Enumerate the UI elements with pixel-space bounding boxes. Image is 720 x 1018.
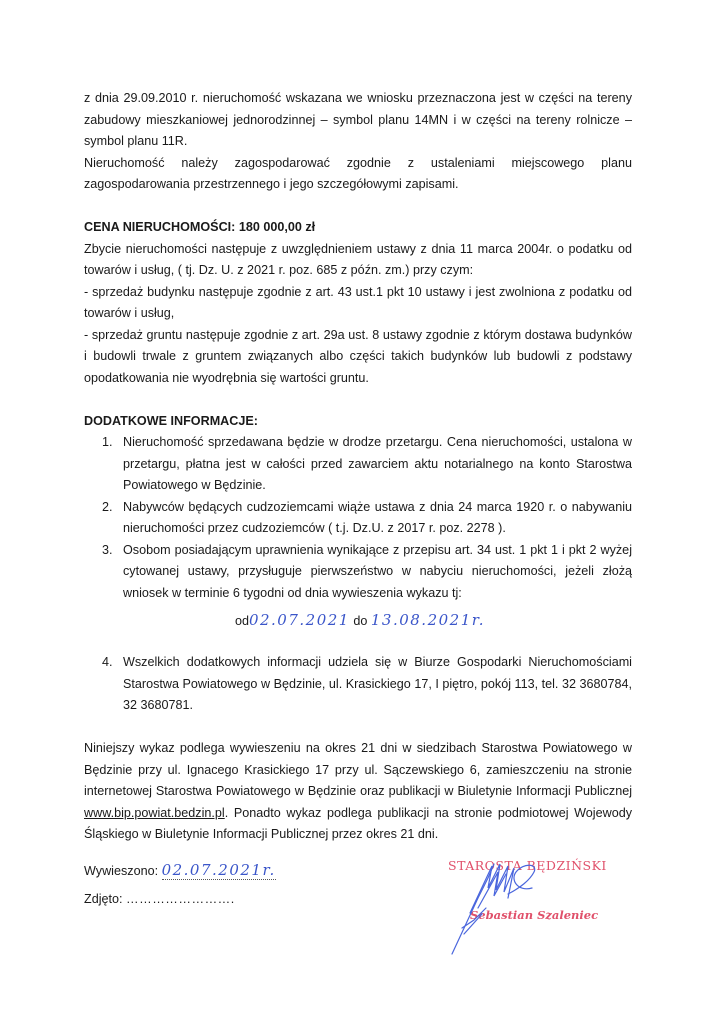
spacer (84, 196, 632, 218)
posted-line: Wywieszono: 02.07.2021r. (84, 861, 276, 879)
price-building-sale: - sprzedaż budynku następuje zgodnie z a… (84, 282, 632, 325)
notice-text: Niniejszy wykaz podlega wywieszeniu na o… (84, 741, 632, 798)
posted-label: Wywieszono: (84, 864, 158, 878)
spacer (84, 717, 632, 739)
price-land-sale: - sprzedaż gruntu następuje zgodnie z ar… (84, 325, 632, 390)
list-item-text: Osobom posiadającym uprawnienia wynikają… (123, 543, 632, 600)
date-to-label: do (353, 614, 367, 628)
list-item-number: 4. (102, 652, 113, 674)
signature-icon (448, 858, 618, 958)
bip-link[interactable]: www.bip.powiat.bedzin.pl (84, 806, 225, 820)
price-tax-paragraph: Zbycie nieruchomości następuje z uwzględ… (84, 239, 632, 282)
removed-date-blank: ……………………. (126, 892, 235, 906)
date-to-handwritten: 13.08.2021r. (371, 611, 485, 629)
spacer (84, 389, 632, 411)
posted-date-handwritten: 02.07.2021r. (162, 861, 276, 880)
date-from-label: od (235, 614, 249, 628)
additional-info-list: 1. Nieruchomość sprzedawana będzie w dro… (84, 432, 632, 604)
removed-line: Zdjęto: ……………………. (84, 892, 235, 906)
removed-label: Zdjęto: (84, 892, 123, 906)
list-item-text: Nabywców będących cudzoziemcami wiąże us… (123, 500, 632, 536)
intro-paragraph-zoning: z dnia 29.09.2010 r. nieruchomość wskaza… (84, 88, 632, 153)
list-item-number: 1. (102, 432, 113, 454)
additional-info-list-continued: 4. Wszelkich dodatkowych informacji udzi… (84, 652, 632, 717)
list-item-text: Wszelkich dodatkowych informacji udziela… (123, 655, 632, 712)
list-item-number: 2. (102, 497, 113, 519)
list-item-text: Nieruchomość sprzedawana będzie w drodze… (123, 435, 632, 492)
list-item: 3. Osobom posiadającym uprawnienia wynik… (84, 540, 632, 605)
price-heading: CENA NIERUCHOMOŚCI: 180 000,00 zł (84, 217, 632, 239)
official-stamp: STAROSTA BĘDZIŃSKI Sebastian Szaleniec (448, 858, 618, 958)
date-range: od02.07.2021 do 13.08.2021r. (86, 604, 634, 652)
list-item: 2. Nabywców będących cudzoziemcami wiąże… (84, 497, 632, 540)
document-page: z dnia 29.09.2010 r. nieruchomość wskaza… (84, 88, 632, 846)
additional-info-heading: DODATKOWE INFORMACJE: (84, 411, 632, 433)
date-from-handwritten: 02.07.2021 (249, 611, 350, 629)
intro-paragraph-development: Nieruchomość należy zagospodarować zgodn… (84, 153, 632, 196)
notice-paragraph: Niniejszy wykaz podlega wywieszeniu na o… (84, 738, 632, 846)
list-item-number: 3. (102, 540, 113, 562)
list-item: 4. Wszelkich dodatkowych informacji udzi… (84, 652, 632, 717)
list-item: 1. Nieruchomość sprzedawana będzie w dro… (84, 432, 632, 497)
